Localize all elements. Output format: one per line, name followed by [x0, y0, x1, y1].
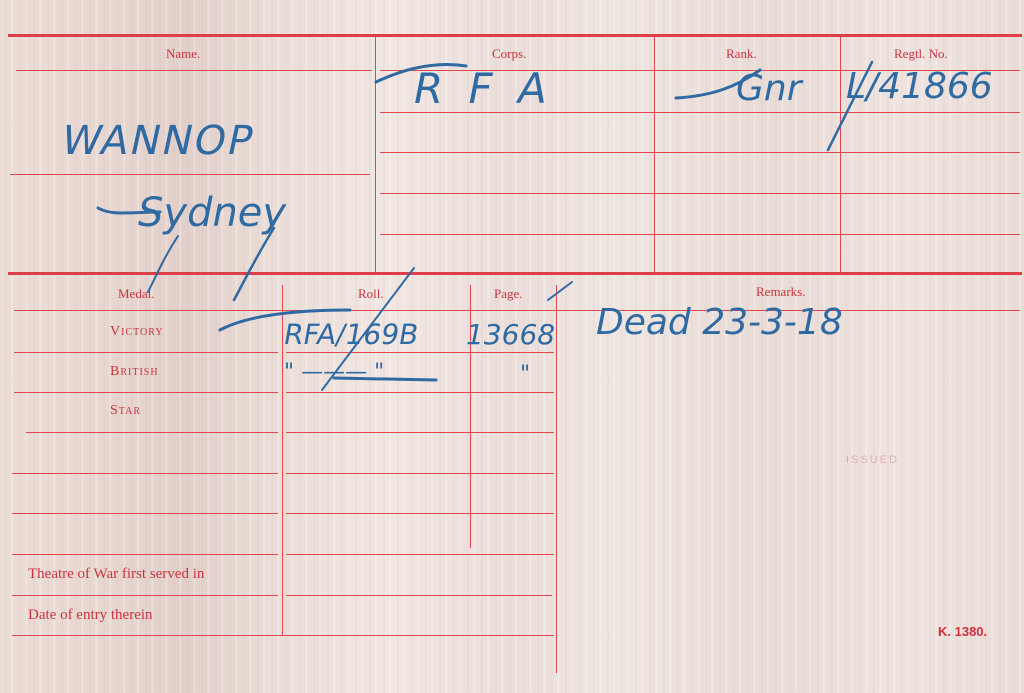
row-line: [12, 513, 278, 514]
rank-entry: Gnr: [736, 68, 802, 109]
row-line: [380, 152, 1020, 153]
row-line: [286, 473, 554, 474]
column-divider: [654, 37, 655, 273]
regt-no-entry: L/41866: [846, 66, 993, 107]
row-line: [14, 310, 1020, 311]
section-divider-line: [8, 272, 1022, 275]
column-divider: [840, 37, 841, 273]
remarks-label: Remarks.: [756, 284, 805, 300]
page-label: Page.: [494, 286, 523, 302]
british-page-entry: ": [520, 362, 530, 387]
row-line: [14, 392, 278, 393]
row-line: [286, 392, 554, 393]
row-line: [14, 352, 278, 353]
row-line: [380, 193, 1020, 194]
row-line: [12, 595, 278, 596]
name-divider: [10, 174, 370, 175]
row-line: [286, 554, 554, 555]
row-line: [26, 432, 278, 433]
row-line: [12, 473, 278, 474]
regt-no-label: Regtl. No.: [894, 46, 948, 62]
medal-label: Medal.: [118, 286, 154, 302]
form-code: K. 1380.: [938, 624, 987, 639]
corps-entry: R F A: [414, 64, 553, 113]
surname-entry: WANNOP: [57, 118, 259, 164]
row-line: [12, 554, 278, 555]
corps-label: Corps.: [492, 46, 526, 62]
medal-british-label: British: [110, 364, 159, 380]
header-underline: [16, 70, 372, 71]
rank-label: Rank.: [726, 46, 757, 62]
row-line: [286, 432, 554, 433]
medal-victory-label: Victory: [110, 324, 164, 340]
medal-index-card: Name. Corps. Rank. Regtl. No. WANNOP Syd…: [0, 0, 1024, 693]
date-of-entry-label: Date of entry therein: [28, 607, 153, 624]
column-divider: [375, 37, 376, 273]
name-label: Name.: [166, 46, 200, 62]
row-line: [286, 595, 552, 596]
british-roll-entry: " ——— ": [284, 360, 384, 385]
column-divider: [556, 285, 557, 673]
faint-stamp: ISSUED: [846, 454, 899, 466]
victory-page-entry: 13668: [466, 318, 555, 351]
remarks-entry: Dead 23-3-18: [596, 302, 843, 343]
row-line: [286, 513, 554, 514]
forename-entry: Sydney: [138, 190, 286, 236]
row-line: [12, 635, 554, 636]
row-line: [286, 352, 554, 353]
medal-star-label: Star: [110, 403, 141, 419]
theatre-of-war-label: Theatre of War first served in: [28, 566, 204, 583]
top-border-line: [8, 34, 1022, 37]
roll-label: Roll.: [358, 286, 384, 302]
victory-roll-entry: RFA/169B: [281, 318, 421, 351]
row-line: [380, 234, 1020, 235]
